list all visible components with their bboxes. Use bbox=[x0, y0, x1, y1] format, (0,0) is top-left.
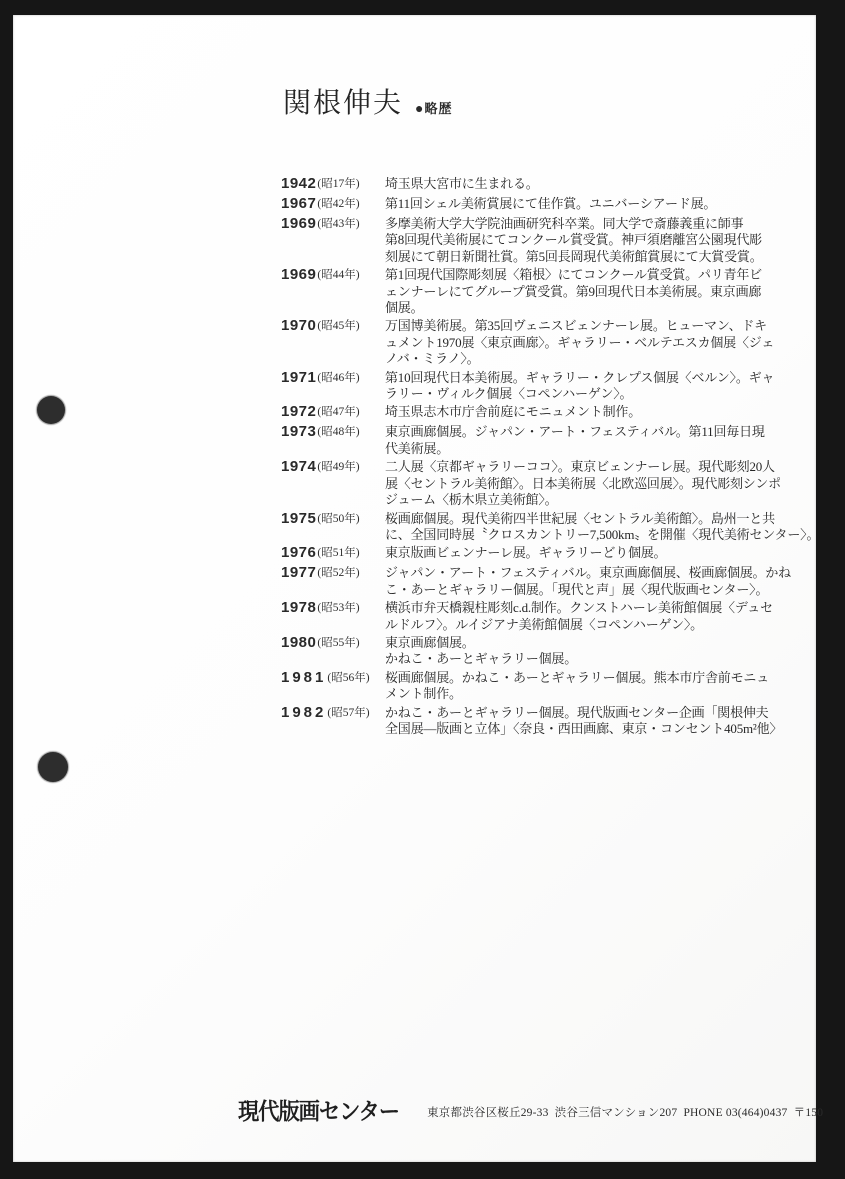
chronology-entry: 1942(昭17年) 埼玉県大宮市に生まれる。 bbox=[281, 176, 796, 194]
entry-year-cell: 1975(昭50年) bbox=[281, 511, 385, 529]
entry-era: (昭53年) bbox=[317, 600, 359, 616]
entry-era: (昭57年) bbox=[327, 705, 369, 721]
entry-year-cell: 1976(昭51年) bbox=[281, 545, 385, 563]
entry-text-line: 桜画廊個展。かねこ・あーとギャラリー個展。熊本市庁舎前モニュ bbox=[385, 670, 796, 686]
entry-year: 1977 bbox=[281, 565, 316, 581]
chronology-entry: 1974(昭49年) 二人展〈京都ギャラリーココ〉。東京ビェンナーレ展。現代彫刻… bbox=[281, 459, 796, 508]
entry-text-line: 埼玉県大宮市に生まれる。 bbox=[385, 176, 796, 192]
paper-page: 関根伸夫 ● 略歴 1942(昭17年) 埼玉県大宮市に生まれる。 1967(昭… bbox=[13, 15, 816, 1162]
entry-era: (昭44年) bbox=[317, 267, 359, 283]
entry-year-cell: 1973(昭48年) bbox=[281, 424, 385, 442]
entry-text-line: ェンナーレにてグループ賞受賞。第9回現代日本美術展。東京画廊 bbox=[385, 284, 796, 300]
entry-era: (昭48年) bbox=[317, 424, 359, 440]
entry-text-line: 東京画廊個展。ジャパン・アート・フェスティバル。第11回毎日現 bbox=[385, 424, 796, 440]
entry-year-cell: 1977(昭52年) bbox=[281, 565, 385, 583]
entry-year: 1972 bbox=[281, 404, 316, 420]
entry-text-line: 埼玉県志木市庁舎前庭にモニュメント制作。 bbox=[385, 404, 796, 420]
entry-lines: 東京版画ビェンナーレ展。ギャラリーどり個展。 bbox=[385, 545, 796, 561]
entry-text-line: メント制作。 bbox=[385, 686, 796, 702]
entry-text-line: 横浜市弁天橋親柱彫刻c.d.制作。クンストハーレ美術館個展〈デュセ bbox=[385, 600, 796, 616]
entry-year-cell: 1974(昭49年) bbox=[281, 459, 385, 477]
chronology-entry: 1977(昭52年) ジャパン・アート・フェスティバル。東京画廊個展、桜画廊個展… bbox=[281, 565, 796, 598]
chronology-list: 1942(昭17年) 埼玉県大宮市に生まれる。 1967(昭42年) 第11回シ… bbox=[281, 176, 796, 739]
entry-year: 1975 bbox=[281, 511, 316, 527]
entry-year-cell: 1972(昭47年) bbox=[281, 404, 385, 422]
entry-era: (昭45年) bbox=[317, 318, 359, 334]
entry-year: 1976 bbox=[281, 545, 316, 561]
hole-punch-bottom bbox=[38, 752, 68, 782]
entry-lines: 第10回現代日本美術展。ギャラリー・クレプス個展〈ベルン〉。ギャラリー・ヴィルク… bbox=[385, 370, 796, 403]
entry-lines: 埼玉県志木市庁舎前庭にモニュメント制作。 bbox=[385, 404, 796, 420]
chronology-entry: 1980(昭55年) 東京画廊個展。かねこ・あーとギャラリー個展。 bbox=[281, 635, 796, 668]
entry-year: 1969 bbox=[281, 216, 316, 232]
entry-year: 1970 bbox=[281, 318, 316, 334]
chronology-entry: 1982(昭57年) かねこ・あーとギャラリー個展。現代版画センター企画「関根伸… bbox=[281, 705, 796, 738]
entry-text-line: 第11回シェル美術賞展にて佳作賞。ユニバーシアード展。 bbox=[385, 196, 796, 212]
entry-text-line: 刻展にて朝日新聞社賞。第5回長岡現代美術館賞展にて大賞受賞。 bbox=[385, 249, 796, 265]
entry-era: (昭46年) bbox=[317, 370, 359, 386]
entry-text-line: 第1回現代国際彫刻展〈箱根〉にてコンクール賞受賞。パリ青年ビ bbox=[385, 267, 796, 283]
entry-year-cell: 1978(昭53年) bbox=[281, 600, 385, 618]
subtitle-block: ● 略歴 bbox=[415, 101, 452, 115]
entry-text-line: 代美術展。 bbox=[385, 441, 796, 457]
entry-lines: 桜画廊個展。現代美術四半世紀展〈セントラル美術館〉。島州一と共に、全国同時展〝ク… bbox=[385, 511, 819, 544]
chronology-entry: 1970(昭45年) 万国博美術展。第35回ヴェニスビェンナーレ展。ヒューマン、… bbox=[281, 318, 796, 367]
entry-year: 1967 bbox=[281, 196, 316, 212]
entry-text-line: 第8回現代美術展にてコンクール賞受賞。神戸須磨離宮公園現代彫 bbox=[385, 232, 796, 248]
entry-text-line: ュメント1970展〈東京画廊〉。ギャラリー・ベルテエスカ個展〈ジェ bbox=[385, 335, 796, 351]
chronology-entry: 1969(昭44年) 第1回現代国際彫刻展〈箱根〉にてコンクール賞受賞。パリ青年… bbox=[281, 267, 796, 316]
page-subtitle: 略歴 bbox=[424, 102, 452, 115]
entry-text-line: ルドルフ〉。ルイジアナ美術館個展〈コペンハーゲン〉。 bbox=[385, 617, 796, 633]
entry-era: (昭43年) bbox=[317, 216, 359, 232]
chronology-entry: 1971(昭46年) 第10回現代日本美術展。ギャラリー・クレプス個展〈ベルン〉… bbox=[281, 370, 796, 403]
entry-text-line: ジューム〈栃木県立美術館〉。 bbox=[385, 492, 796, 508]
entry-year: 1980 bbox=[281, 635, 316, 651]
entry-year-cell: 1969(昭44年) bbox=[281, 267, 385, 285]
document-header: 関根伸夫 ● 略歴 bbox=[283, 90, 453, 118]
entry-year-cell: 1942(昭17年) bbox=[281, 176, 385, 194]
chronology-entry: 1978(昭53年) 横浜市弁天橋親柱彫刻c.d.制作。クンストハーレ美術館個展… bbox=[281, 600, 796, 633]
entry-text-line: 全国展―版画と立体」〈奈良・西田画廊、東京・コンセント405m²他〉 bbox=[385, 721, 796, 737]
entry-text-line: かねこ・あーとギャラリー個展。現代版画センター企画「関根伸夫 bbox=[385, 705, 796, 721]
entry-text-line: ジャパン・アート・フェスティバル。東京画廊個展、桜画廊個展。かね bbox=[385, 565, 796, 581]
hole-punch-top bbox=[37, 396, 65, 424]
entry-year: 1978 bbox=[281, 600, 316, 616]
chronology-entry: 1973(昭48年) 東京画廊個展。ジャパン・アート・フェスティバル。第11回毎… bbox=[281, 424, 796, 457]
entry-year: 1971 bbox=[281, 370, 316, 386]
chronology-entry: 1972(昭47年) 埼玉県志木市庁舎前庭にモニュメント制作。 bbox=[281, 404, 796, 422]
entry-year-cell: 1980(昭55年) bbox=[281, 635, 385, 653]
entry-lines: 東京画廊個展。かねこ・あーとギャラリー個展。 bbox=[385, 635, 796, 668]
entry-era: (昭42年) bbox=[317, 196, 359, 212]
entry-year: 1942 bbox=[281, 176, 316, 192]
entry-year-cell: 1969(昭43年) bbox=[281, 216, 385, 234]
page-title: 関根伸夫 bbox=[283, 90, 403, 118]
entry-text-line: 万国博美術展。第35回ヴェニスビェンナーレ展。ヒューマン、ドキ bbox=[385, 318, 796, 334]
entry-text-line: 第10回現代日本美術展。ギャラリー・クレプス個展〈ベルン〉。ギャ bbox=[385, 370, 796, 386]
entry-era: (昭52年) bbox=[317, 565, 359, 581]
entry-era: (昭55年) bbox=[317, 635, 359, 651]
entry-era: (昭49年) bbox=[317, 459, 359, 475]
entry-lines: 第11回シェル美術賞展にて佳作賞。ユニバーシアード展。 bbox=[385, 196, 796, 212]
entry-lines: かねこ・あーとギャラリー個展。現代版画センター企画「関根伸夫全国展―版画と立体」… bbox=[385, 705, 796, 738]
entry-lines: 万国博美術展。第35回ヴェニスビェンナーレ展。ヒューマン、ドキュメント1970展… bbox=[385, 318, 796, 367]
entry-text-line: かねこ・あーとギャラリー個展。 bbox=[385, 651, 796, 667]
entry-era: (昭56年) bbox=[327, 670, 369, 686]
entry-year-cell: 1967(昭42年) bbox=[281, 196, 385, 214]
entry-year-cell: 1981(昭56年) bbox=[281, 670, 385, 688]
entry-year: 1981 bbox=[281, 670, 326, 686]
entry-year-cell: 1971(昭46年) bbox=[281, 370, 385, 388]
entry-lines: 桜画廊個展。かねこ・あーとギャラリー個展。熊本市庁舎前モニュメント制作。 bbox=[385, 670, 796, 703]
entry-era: (昭17年) bbox=[317, 176, 359, 192]
entry-text-line: 個展。 bbox=[385, 300, 796, 316]
chronology-entry: 1976(昭51年) 東京版画ビェンナーレ展。ギャラリーどり個展。 bbox=[281, 545, 796, 563]
entry-text-line: ノバ・ミラノ〉。 bbox=[385, 351, 796, 367]
entry-lines: 東京画廊個展。ジャパン・アート・フェスティバル。第11回毎日現代美術展。 bbox=[385, 424, 796, 457]
entry-lines: 二人展〈京都ギャラリーココ〉。東京ビェンナーレ展。現代彫刻20人展〈セントラル美… bbox=[385, 459, 796, 508]
entry-year-cell: 1982(昭57年) bbox=[281, 705, 385, 723]
chronology-entry: 1969(昭43年) 多摩美術大学大学院油画研究科卒業。同大学で斎藤義重に師事第… bbox=[281, 216, 796, 265]
entry-year: 1974 bbox=[281, 459, 316, 475]
entry-year-cell: 1970(昭45年) bbox=[281, 318, 385, 336]
entry-text-line: 東京画廊個展。 bbox=[385, 635, 796, 651]
entry-lines: ジャパン・アート・フェスティバル。東京画廊個展、桜画廊個展。かねこ・あーとギャラ… bbox=[385, 565, 796, 598]
entry-text-line: 多摩美術大学大学院油画研究科卒業。同大学で斎藤義重に師事 bbox=[385, 216, 796, 232]
entry-era: (昭51年) bbox=[317, 545, 359, 561]
entry-text-line: 東京版画ビェンナーレ展。ギャラリーどり個展。 bbox=[385, 545, 796, 561]
chronology-entry: 1975(昭50年) 桜画廊個展。現代美術四半世紀展〈セントラル美術館〉。島州一… bbox=[281, 511, 796, 544]
chronology-entry: 1981(昭56年) 桜画廊個展。かねこ・あーとギャラリー個展。熊本市庁舎前モニ… bbox=[281, 670, 796, 703]
entry-lines: 横浜市弁天橋親柱彫刻c.d.制作。クンストハーレ美術館個展〈デュセルドルフ〉。ル… bbox=[385, 600, 796, 633]
entry-text-line: に、全国同時展〝クロスカントリー7,500km〟を開催〈現代美術センター〉。 bbox=[385, 527, 819, 543]
entry-text-line: 展〈セントラル美術館〉。日本美術展〈北欧巡回展〉。現代彫刻シンポ bbox=[385, 476, 796, 492]
entry-lines: 第1回現代国際彫刻展〈箱根〉にてコンクール賞受賞。パリ青年ビェンナーレにてグルー… bbox=[385, 267, 796, 316]
entry-text-line: ラリー・ヴィルク個展〈コペンハーゲン〉。 bbox=[385, 386, 796, 402]
entry-era: (昭47年) bbox=[317, 404, 359, 420]
entry-year: 1969 bbox=[281, 267, 316, 283]
footer: 現代版画センター 東京都渋谷区桜丘29-33 渋谷三信マンション207 PHON… bbox=[238, 1093, 823, 1126]
entry-lines: 埼玉県大宮市に生まれる。 bbox=[385, 176, 796, 192]
scanned-document: { "page": { "title": "関根伸夫", "subtitle_b… bbox=[0, 0, 845, 1179]
entry-year: 1982 bbox=[281, 705, 326, 721]
bullet-icon: ● bbox=[415, 101, 423, 115]
chronology-entry: 1967(昭42年) 第11回シェル美術賞展にて佳作賞。ユニバーシアード展。 bbox=[281, 196, 796, 214]
publisher-address: 東京都渋谷区桜丘29-33 渋谷三信マンション207 PHONE 03(464)… bbox=[427, 1104, 823, 1120]
entry-text-line: こ・あーとギャラリー個展。「現代と声」展〈現代版画センター〉。 bbox=[385, 582, 796, 598]
entry-text-line: 二人展〈京都ギャラリーココ〉。東京ビェンナーレ展。現代彫刻20人 bbox=[385, 459, 796, 475]
entry-text-line: 桜画廊個展。現代美術四半世紀展〈セントラル美術館〉。島州一と共 bbox=[385, 511, 819, 527]
entry-lines: 多摩美術大学大学院油画研究科卒業。同大学で斎藤義重に師事第8回現代美術展にてコン… bbox=[385, 216, 796, 265]
publisher-logo: 現代版画センター bbox=[238, 1093, 399, 1126]
entry-year: 1973 bbox=[281, 424, 316, 440]
entry-era: (昭50年) bbox=[317, 511, 359, 527]
